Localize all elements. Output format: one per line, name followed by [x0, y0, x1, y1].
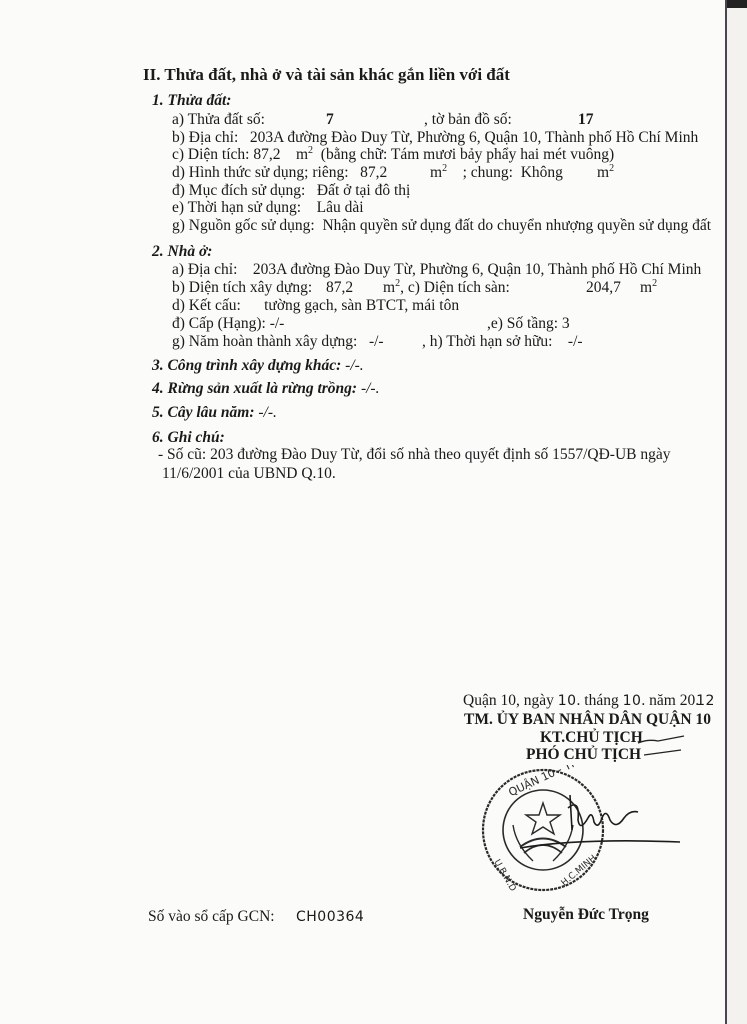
build-area-unit-group: m2, c) Diện tích sàn:	[383, 279, 510, 297]
handwritten-flourish	[636, 733, 686, 763]
structure-label: d) Kết cấu:	[172, 297, 241, 314]
signature	[520, 790, 680, 860]
structure-row: d) Kết cấu: tường gạch, sàn BTCT, mái tô…	[172, 297, 459, 315]
map-number: 17	[578, 111, 594, 129]
perennial-heading: 5. Cây lâu năm:	[152, 404, 254, 421]
place-date-prefix: Quận 10, ngày	[463, 692, 554, 709]
notes-line-1: - Số cũ: 203 đường Đào Duy Từ, đổi số nh…	[158, 446, 671, 464]
house-address-label: a) Địa chỉ:	[172, 261, 237, 278]
role-chairman: KT.CHỦ TỊCH	[540, 729, 643, 747]
purpose-row: đ) Mục đích sử dụng: Đất ở tại đô thị	[172, 182, 410, 200]
svg-text:U.B.N.D: U.B.N.D	[491, 858, 517, 893]
purpose-value: Đất ở tại đô thị	[317, 182, 410, 199]
build-area-unit: m	[383, 279, 395, 296]
land-area-unit: m	[296, 146, 308, 163]
parcel-number: 7	[326, 111, 334, 129]
house-heading: 2. Nhà ở:	[152, 243, 212, 261]
ownership-label: , h) Thời hạn sở hữu:	[422, 333, 552, 350]
year-row: g) Năm hoàn thành xây dựng: -/-	[172, 333, 384, 351]
role-vice-chairman: PHÓ CHỦ TỊCH	[526, 746, 641, 764]
month-label: tháng	[584, 692, 618, 709]
origin-label: g) Nguồn gốc sử dụng:	[172, 217, 315, 234]
floor-area-label: , c) Diện tích sàn:	[400, 279, 510, 296]
term-label: e) Thời hạn sử dụng:	[172, 199, 301, 216]
term-value: Lâu dài	[317, 199, 364, 216]
term-row: e) Thời hạn sử dụng: Lâu dài	[172, 199, 364, 217]
organization: TM. ỦY BAN NHÂN DÂN QUẬN 10	[464, 711, 711, 729]
floor-area-value: 204,7	[586, 279, 621, 297]
origin-row: g) Nguồn gốc sử dụng: Nhận quyền sử dụng…	[172, 217, 711, 235]
certificate-page: II. Thửa đất, nhà ở và tài sản khác gắn …	[0, 0, 747, 1024]
forest-row: 4. Rừng sản xuất là rừng trồng: -/-.	[152, 380, 379, 398]
year-label: năm 20.	[649, 692, 699, 709]
use-shared-unit: m	[597, 164, 609, 181]
build-area-label: b) Diện tích xây dựng:	[172, 279, 312, 297]
other-works-value: -/-.	[345, 357, 364, 374]
land-address: 203A đường Đào Duy Từ, Phường 6, Quận 10…	[250, 129, 698, 146]
registry-number: CH00364	[296, 908, 364, 926]
registry-label: Số vào sổ cấp GCN:	[148, 908, 275, 926]
use-shared-label: ; chung:	[463, 164, 513, 181]
structure-value: tường gạch, sàn BTCT, mái tôn	[264, 297, 459, 314]
page-edge-shadow	[727, 0, 747, 8]
page-edge	[725, 0, 747, 1024]
ownership-row: , h) Thời hạn sở hữu: -/-	[422, 333, 583, 351]
floor-area-unit-group: m2	[640, 279, 657, 297]
parcel-label: a) Thửa đất số:	[172, 111, 265, 129]
house-address-row: a) Địa chỉ: 203A đường Đào Duy Từ, Phườn…	[172, 261, 701, 279]
year-label: g) Năm hoàn thành xây dựng:	[172, 333, 357, 350]
other-works-row: 3. Công trình xây dựng khác: -/-.	[152, 357, 364, 375]
notes-line-2: 11/6/2001 của UBND Q.10.	[162, 465, 336, 483]
land-address-row: b) Địa chỉ: 203A đường Đào Duy Từ, Phườn…	[172, 129, 698, 147]
notes-heading: 6. Ghi chú:	[152, 429, 225, 447]
date-day: 10	[558, 693, 577, 709]
land-heading: 1. Thửa đất:	[152, 92, 231, 110]
land-address-label: b) Địa chỉ:	[172, 129, 238, 146]
land-area-words: (bằng chữ: Tám mươi bảy phẩy hai mét vuô…	[321, 146, 614, 163]
floor-area-unit: m	[640, 279, 652, 296]
land-area-label: c) Diện tích: 87,2	[172, 146, 280, 163]
build-area-value: 87,2	[326, 279, 353, 297]
use-private-unit-group: m2 ; chung: Không	[430, 164, 563, 182]
signer-name: Nguyễn Đức Trọng	[523, 906, 649, 924]
perennial-value: -/-.	[258, 404, 277, 421]
ownership-value: -/-	[568, 333, 583, 350]
forest-heading: 4. Rừng sản xuất là rừng trồng:	[152, 380, 357, 397]
other-works-heading: 3. Công trình xây dựng khác:	[152, 357, 341, 374]
date-year-suffix: 12	[696, 693, 715, 709]
purpose-label: đ) Mục đích sử dụng:	[172, 182, 305, 199]
use-shared-unit-group: m2	[597, 164, 614, 182]
use-form-label: d) Hình thức sử dụng; riêng:	[172, 164, 349, 181]
land-area-row: c) Diện tích: 87,2 m2 (bằng chữ: Tám mươ…	[172, 146, 614, 164]
perennial-row: 5. Cây lâu năm: -/-.	[152, 404, 277, 422]
forest-value: -/-.	[361, 380, 380, 397]
house-address: 203A đường Đào Duy Từ, Phường 6, Quận 10…	[253, 261, 701, 278]
date-month: 10	[623, 693, 642, 709]
section-title: II. Thửa đất, nhà ở và tài sản khác gắn …	[143, 66, 510, 84]
use-private-unit: m	[430, 164, 442, 181]
use-private-value: 87,2	[360, 164, 387, 181]
grade-label: đ) Cấp (Hạng): -/-	[172, 315, 284, 333]
use-shared-value: Không	[521, 164, 563, 181]
use-form-row: d) Hình thức sử dụng; riêng: 87,2	[172, 164, 387, 182]
map-label: , tờ bản đồ số:	[424, 111, 512, 129]
year-value: -/-	[369, 333, 384, 350]
floors-label: ,e) Số tầng: 3	[487, 315, 570, 333]
origin-value: Nhận quyền sử dụng đất do chuyển nhượng …	[322, 217, 711, 234]
place-date: Quận 10, ngày 10. tháng 10. năm 20.12	[463, 692, 715, 710]
